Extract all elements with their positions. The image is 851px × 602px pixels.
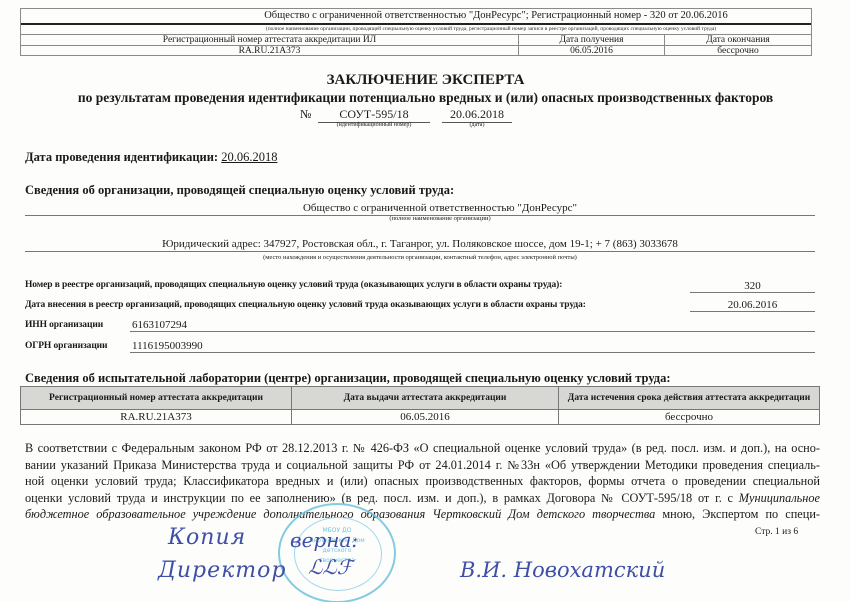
lab-cell-accreditation-number: RA.RU.21A373 [21, 410, 292, 425]
document-subtitle: по результатам проведения идентификации … [0, 90, 851, 106]
header-val-received: 06.05.2016 [519, 46, 665, 56]
laboratory-table: Регистрационный номер аттестата аккредит… [20, 386, 820, 425]
lab-cell-issue-date: 06.05.2016 [292, 410, 559, 425]
organization-heading: Сведения об организации, проводящей спец… [25, 183, 454, 198]
body-line-1: В соответствии с Федеральным законом РФ … [25, 440, 820, 457]
signature: ℒℒℱ [308, 555, 353, 579]
organization-address-caption: (место нахождения и осуществления деятел… [25, 254, 815, 261]
organization-full-name: Общество с ограниченной ответственностью… [25, 202, 815, 216]
inn-value: 6163107294 [130, 319, 815, 332]
header-organization-line: Общество с ограниченной ответственностью… [21, 9, 811, 22]
header-col-received: Дата получения [519, 35, 665, 45]
organization-full-name-caption: (полное наименование организации) [25, 215, 815, 222]
body-paragraph: В соответствии с Федеральным законом РФ … [25, 440, 820, 523]
header-val-expiry: бессрочно [665, 46, 811, 56]
body-line-4-italic: Муниципальное [739, 491, 820, 505]
number-sign: № [300, 107, 311, 122]
header-values-row: RA.RU.21A373 06.05.2016 бессрочно [21, 46, 811, 56]
lab-col-expiry-date: Дата истечения срока действия аттестата … [559, 387, 820, 410]
identification-date: Дата проведения идентификации: 20.06.201… [25, 150, 277, 165]
body-line-2: вании указаний Приказа Министерства труд… [25, 457, 820, 474]
id-date: 20.06.2018 [442, 107, 512, 123]
header-val-accreditation: RA.RU.21A373 [21, 46, 519, 56]
registry-number-label: Номер в реестре организаций, проводящих … [25, 280, 562, 290]
document-title: ЗАКЛЮЧЕНИЕ ЭКСПЕРТА [0, 72, 851, 89]
lab-col-accreditation-number: Регистрационный номер аттестата аккредит… [21, 387, 292, 410]
laboratory-table-header: Регистрационный номер аттестата аккредит… [21, 387, 820, 410]
id-number-caption: (идентификационный номер) [318, 122, 430, 128]
lab-col-issue-date: Дата выдачи аттестата аккредитации [292, 387, 559, 410]
page-number: Стр. 1 из 6 [755, 527, 798, 537]
handwriting-director: Директор [158, 558, 286, 583]
laboratory-heading: Сведения об испытательной лаборатории (ц… [25, 371, 671, 386]
handwriting-certified: верна: [290, 528, 358, 552]
organization-stamp: МБОУ ДО Чертковский Дом детского творчес… [278, 503, 396, 602]
registry-number-value: 320 [690, 280, 815, 293]
body-line-4: оценки условий труда и инструкции по ее … [25, 490, 820, 507]
body-line-5-text: мною, Экспертом по специ- [655, 507, 820, 521]
body-line-4-text: оценки условий труда и инструкции по ее … [25, 491, 739, 505]
ogrn-value: 1116195003990 [130, 340, 815, 353]
table-row: RA.RU.21A373 06.05.2016 бессрочно [21, 410, 820, 425]
id-date-caption: (дата) [442, 122, 512, 128]
registry-date-value: 20.06.2016 [690, 299, 815, 312]
ogrn-label: ОГРН организации [25, 341, 107, 351]
document-number-line: № СОУТ-595/18 20.06.2018 (идентификацион… [300, 107, 520, 135]
lab-cell-expiry-date: бессрочно [559, 410, 820, 425]
inn-label: ИНН организации [25, 320, 103, 330]
body-line-3: ной оценки условий труда; Классификатора… [25, 473, 820, 490]
registry-date-label: Дата внесения в реестр организаций, пров… [25, 300, 586, 310]
identification-date-label: Дата проведения идентификации: [25, 150, 218, 164]
identification-date-value: 20.06.2018 [221, 150, 277, 164]
id-number: СОУТ-595/18 [318, 107, 430, 123]
handwriting-copy: Копия [168, 525, 246, 550]
handwriting-director-name: В.И. Новохатский [460, 558, 665, 582]
header-table: Общество с ограниченной ответственностью… [20, 8, 812, 56]
header-columns-row: Регистрационный номер аттестата аккредит… [21, 35, 811, 46]
header-col-expiry: Дата окончания [665, 35, 811, 45]
header-col-accreditation: Регистрационный номер аттестата аккредит… [21, 35, 519, 45]
header-organization-caption: (полное наименование организации, провод… [21, 25, 811, 35]
organization-address: Юридический адрес: 347927, Ростовская об… [25, 238, 815, 252]
body-line-5: бюджетное образовательное учреждение доп… [25, 506, 820, 523]
